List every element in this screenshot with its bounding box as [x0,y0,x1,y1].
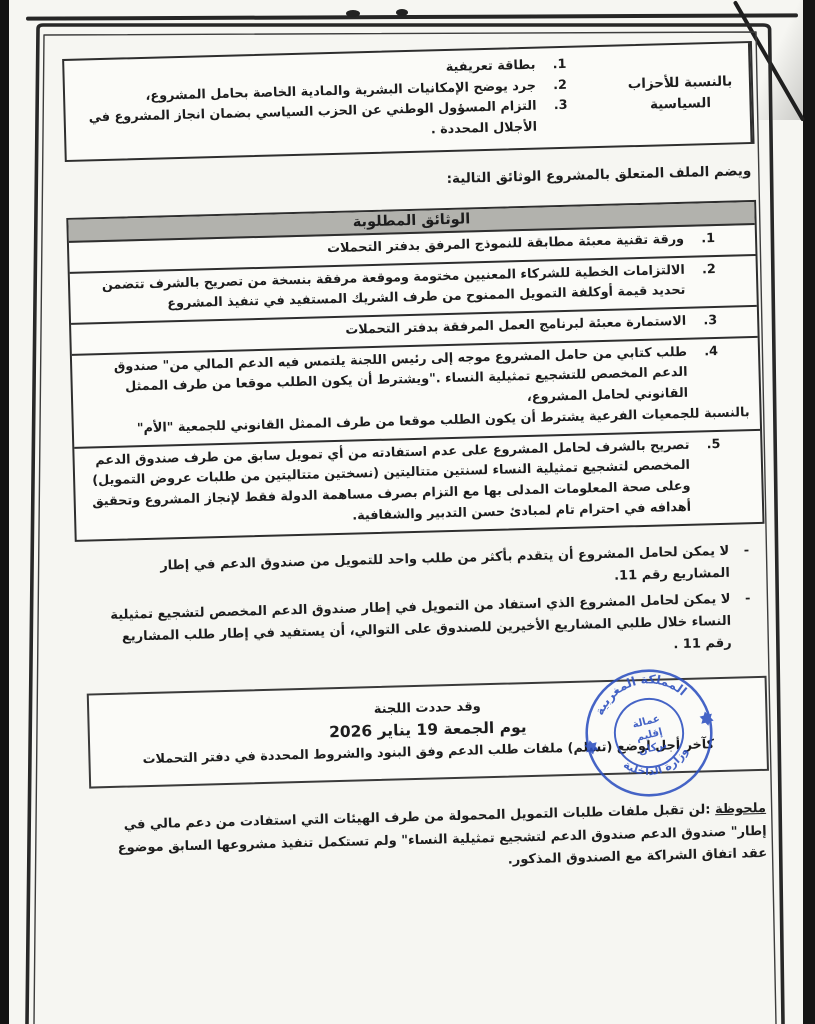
scanned-document-page: { "document": { "top_table": { "category… [0,0,815,1024]
bullet-dash: - [740,588,752,655]
scan-edge-left [0,0,9,1024]
political-parties-table: بالنسبة للأحزاب السياسية 1. بطاقة تعريفي… [62,41,754,162]
bullet-text: لا يمكن لحامل المشروع الذي استفاد من الت… [102,588,732,671]
table-row: 4. طلب كتابي من حامل المشروع موجه إلى رئ… [72,338,760,449]
table-row: 5. تصريح بالشرف لحامل المشروع على عدم اس… [74,431,762,540]
scan-edge-right [803,0,815,1024]
bullet-dash: - [739,540,750,584]
scan-artifact [396,9,408,16]
item-text: بطاقة تعريفية [446,56,536,79]
category-items-cell: 1. بطاقة تعريفية 2. جرد يوضح الإمكانيات … [64,47,612,160]
intro-line: ويضم الملف المتعلق بالمشروع الوثائق التا… [65,163,751,197]
row-number: 2. [696,260,717,302]
corner-fold-shade [758,0,804,120]
item-number: 2. [547,76,568,97]
row-number: 4. [698,342,720,405]
page-top-edge [26,13,798,20]
row-text: تصريح بالشرف لحامل المشروع على عدم استفا… [84,435,691,534]
note-label: ملحوظة [715,801,766,817]
note-paragraph: ملحوظة :لن تقبل ملفات طلبات التمويل المح… [90,798,768,884]
item-number: 3. [547,96,568,138]
row-number: 1. [695,229,716,250]
row-number: 3. [697,311,718,332]
conditions-bullets: - لا يمكن لحامل المشروع أن يتقدم بأكثر م… [101,540,752,671]
row-number: 5. [700,435,722,518]
scan-artifact [346,10,360,17]
row-text: ورقة تقنية معبئة مطابقة للنموذج المرفق ب… [327,230,684,260]
row-text: الاستمارة معبئة لبرنامج العمل المرفقة بد… [345,312,686,342]
item-number: 1. [546,55,567,76]
required-documents-table: الوثائق المطلوبة 1. ورقة تقنية معبئة مطا… [66,200,764,542]
category-cell: بالنسبة للأحزاب السياسية [610,43,753,146]
note-text: :لن تقبل ملفات طلبات التمويل المحمولة من… [118,802,768,868]
